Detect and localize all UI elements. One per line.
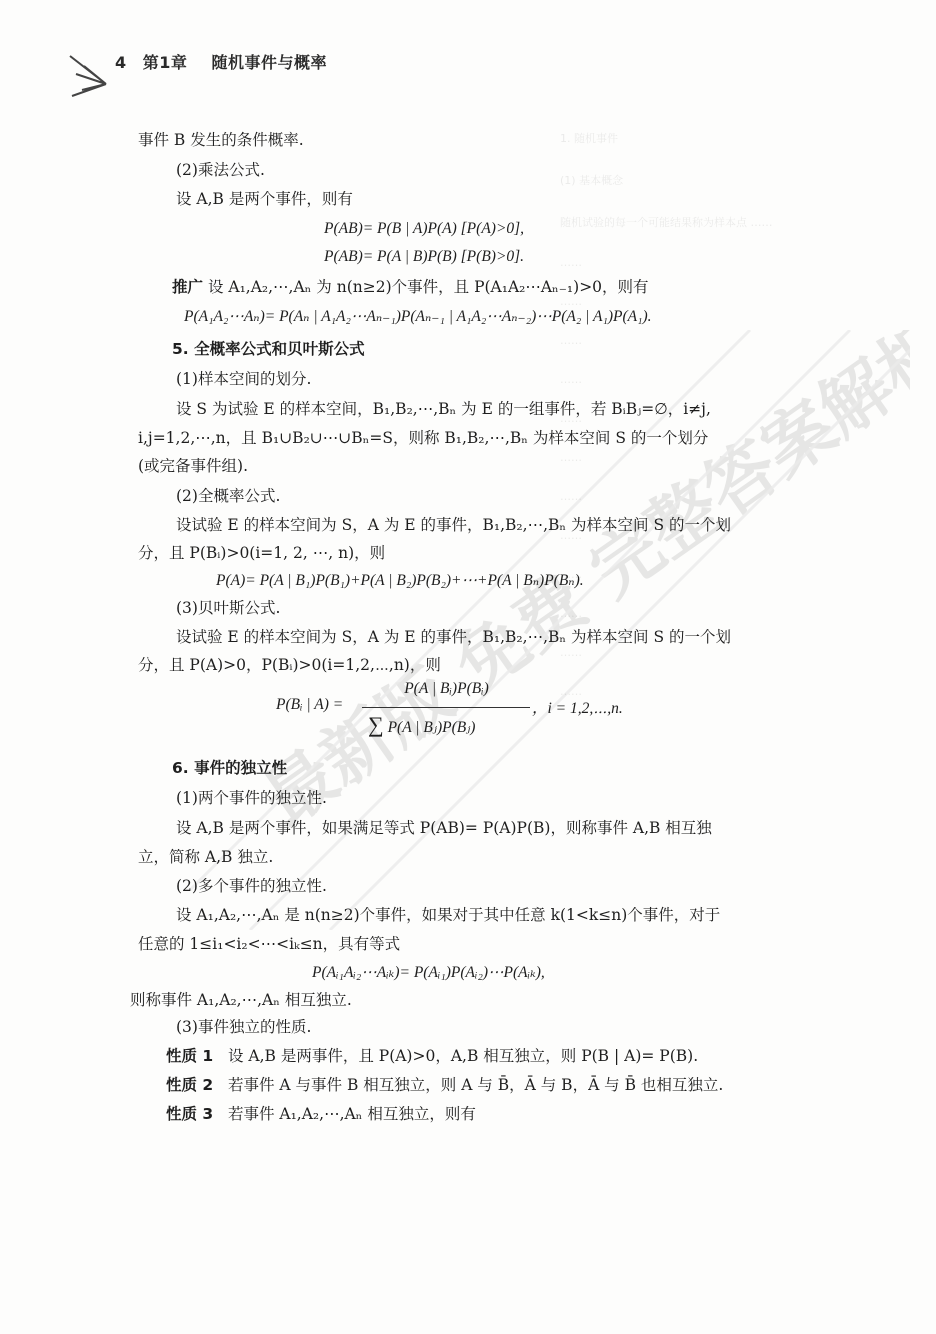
section-heading: 6. 事件的独立性 [172, 758, 287, 778]
generalization-label: 推广 [172, 278, 203, 296]
formula: P(AB)= P(B | A)P(A) [P(A)>0], [324, 219, 524, 239]
text-line: 设 A,B 是两个事件，如果满足等式 P(AB)= P(A)P(B)，则称事件 … [176, 818, 712, 838]
text-line: 设 S 为试验 E 的样本空间，B₁,B₂,⋯,Bₙ 为 E 的一组事件，若 B… [176, 399, 711, 419]
text-line: 设试验 E 的样本空间为 S，A 为 E 的事件，B₁,B₂,⋯,Bₙ 为样本空… [176, 515, 731, 535]
textbook-page: 4 第1章 随机事件与概率 1. 随机事件(1) 基本概念随机试验的每一个可能结… [0, 0, 936, 1334]
subsection-heading: (1)样本空间的划分. [176, 369, 311, 389]
corner-decoration-icon [66, 50, 112, 100]
text-line: 事件 B 发生的条件概率. [138, 130, 304, 150]
subsection-heading: (2)乘法公式. [176, 160, 265, 180]
section-heading: 5. 全概率公式和贝叶斯公式 [172, 339, 365, 359]
text-line: 则称事件 A₁,A₂,⋯,Aₙ 相互独立. [130, 990, 352, 1010]
property-label: 性质 3 [166, 1105, 213, 1123]
text-line: 设 A₁,A₂,⋯,Aₙ 是 n(n≥2)个事件，如果对于其中任意 k(1<k≤… [176, 905, 720, 925]
subsection-heading: (3)贝叶斯公式. [176, 598, 280, 618]
formula: P(A₁A₂⋯Aₙ)= P(Aₙ | A₁A₂⋯Aₙ₋₁)P(Aₙ₋₁ | A₁… [184, 307, 652, 327]
text-line: (或完备事件组). [138, 456, 248, 476]
text-line: 分，且 P(Bᵢ)>0(i=1, 2, ⋯, n)，则 [138, 543, 385, 563]
summation-icon: ∑ [368, 712, 384, 737]
chapter-title: 随机事件与概率 [211, 53, 327, 72]
text-line: 立，简称 A,B 独立. [138, 847, 273, 867]
chapter-number: 第1章 [143, 53, 188, 72]
text-line: 设试验 E 的样本空间为 S，A 为 E 的事件，B₁,B₂,⋯,Bₙ 为样本空… [176, 627, 731, 647]
subsection-heading: (2)全概率公式. [176, 486, 280, 506]
subsection-heading: (1)两个事件的独立性. [176, 788, 327, 808]
formula: P(Aᵢ₁Aᵢ₂⋯Aᵢₖ)= P(Aᵢ₁)P(Aᵢ₂)⋯P(Aᵢₖ), [312, 963, 545, 983]
subsection-heading: (3)事件独立的性质. [176, 1017, 311, 1037]
formula: P(AB)= P(A | B)P(B) [P(B)>0]. [324, 247, 524, 267]
fraction-bar [362, 707, 530, 708]
text-line: 任意的 1≤i₁<i₂<⋯<iₖ≤n，具有等式 [138, 934, 400, 954]
property-1: 性质 1 设 A,B 是两事件，且 P(A)>0，A,B 相互独立，则 P(B … [166, 1046, 698, 1066]
page-number: 4 [115, 53, 127, 72]
running-header: 4 第1章 随机事件与概率 [115, 50, 327, 73]
text-line: 推广 设 A₁,A₂,⋯,Aₙ 为 n(n≥2)个事件，且 P(A₁A₂⋯Aₙ₋… [172, 277, 649, 297]
property-3: 性质 3 若事件 A₁,A₂,⋯,Aₙ 相互独立，则有 [166, 1104, 476, 1124]
text-line: 分，且 P(A)>0，P(Bᵢ)>0(i=1,2,⋯,n)，则 [138, 655, 441, 675]
property-label: 性质 2 [166, 1076, 213, 1094]
formula: P(A)= P(A | B₁)P(B₁)+P(A | B₂)P(B₂)+⋯+P(… [216, 571, 584, 591]
property-label: 性质 1 [166, 1047, 213, 1065]
property-2: 性质 2 若事件 A 与事件 B 相互独立，则 A 与 B̄，Ā 与 B，Ā 与… [166, 1075, 723, 1095]
subsection-heading: (2)多个事件的独立性. [176, 876, 327, 896]
numerator: P(A | Bᵢ)P(Bᵢ) [374, 680, 519, 698]
text-line: i,j=1,2,⋯,n，且 B₁∪B₂∪⋯∪Bₙ=S，则称 B₁,B₂,⋯,Bₙ… [138, 428, 708, 448]
denominator: ∑ P(A | Bⱼ)P(Bⱼ) [368, 712, 475, 738]
text-line: 设 A,B 是两个事件，则有 [176, 189, 353, 209]
